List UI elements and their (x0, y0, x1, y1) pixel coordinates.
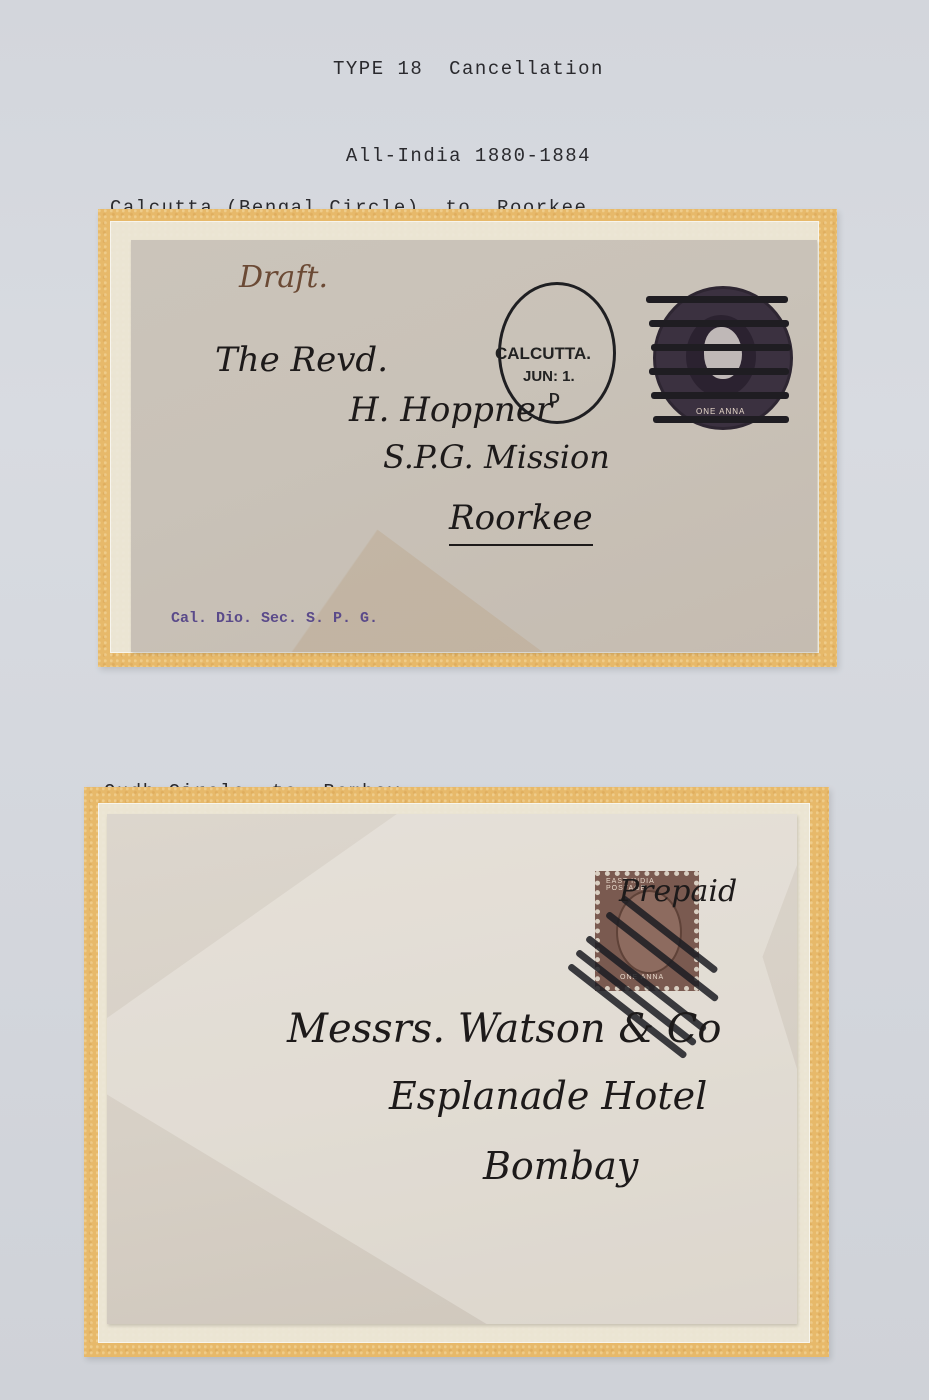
address-line-3: Bombay (483, 1144, 638, 1188)
embossed-one-anna-stamp: INDIA POSTAGE ONE ANNA (653, 286, 793, 430)
address-line-2: Esplanade Hotel (389, 1074, 707, 1118)
address-line-4: Roorkee (449, 498, 593, 546)
address-line-3: S.P.G. Mission (383, 438, 610, 476)
cover-1-mount: Draft. The Revd. H. Hoppner S.P.G. Missi… (98, 209, 837, 667)
stamp-value-text: ONE ANNA (696, 407, 745, 416)
cover-2-mount: EAST INDIA POSTAGE ONE ANNA Prepaid Mess… (84, 787, 829, 1357)
cover-2-sleeve: EAST INDIA POSTAGE ONE ANNA Prepaid Mess… (98, 803, 810, 1343)
address-line-1: The Revd. (215, 340, 388, 380)
cover-1-envelope: Draft. The Revd. H. Hoppner S.P.G. Missi… (131, 240, 817, 652)
cover-1-sleeve: Draft. The Revd. H. Hoppner S.P.G. Missi… (110, 221, 819, 653)
postmark-code: D (549, 390, 560, 407)
title-line-1: TYPE 18 Cancellation (333, 55, 604, 84)
cover-2-envelope: EAST INDIA POSTAGE ONE ANNA Prepaid Mess… (107, 814, 797, 1324)
postmark-town: CALCUTTA. (495, 344, 591, 364)
postmark-date: JUN: 1. (523, 368, 575, 385)
draft-annotation: Draft. (239, 260, 328, 295)
sender-handstamp: Cal. Dio. Sec. S. P. G. (171, 610, 378, 627)
address-line-1: Messrs. Watson & Co (287, 1006, 721, 1052)
prepaid-endorsement: Prepaid (619, 874, 737, 909)
album-page: TYPE 18 Cancellation All-India 1880-1884… (0, 0, 929, 1400)
